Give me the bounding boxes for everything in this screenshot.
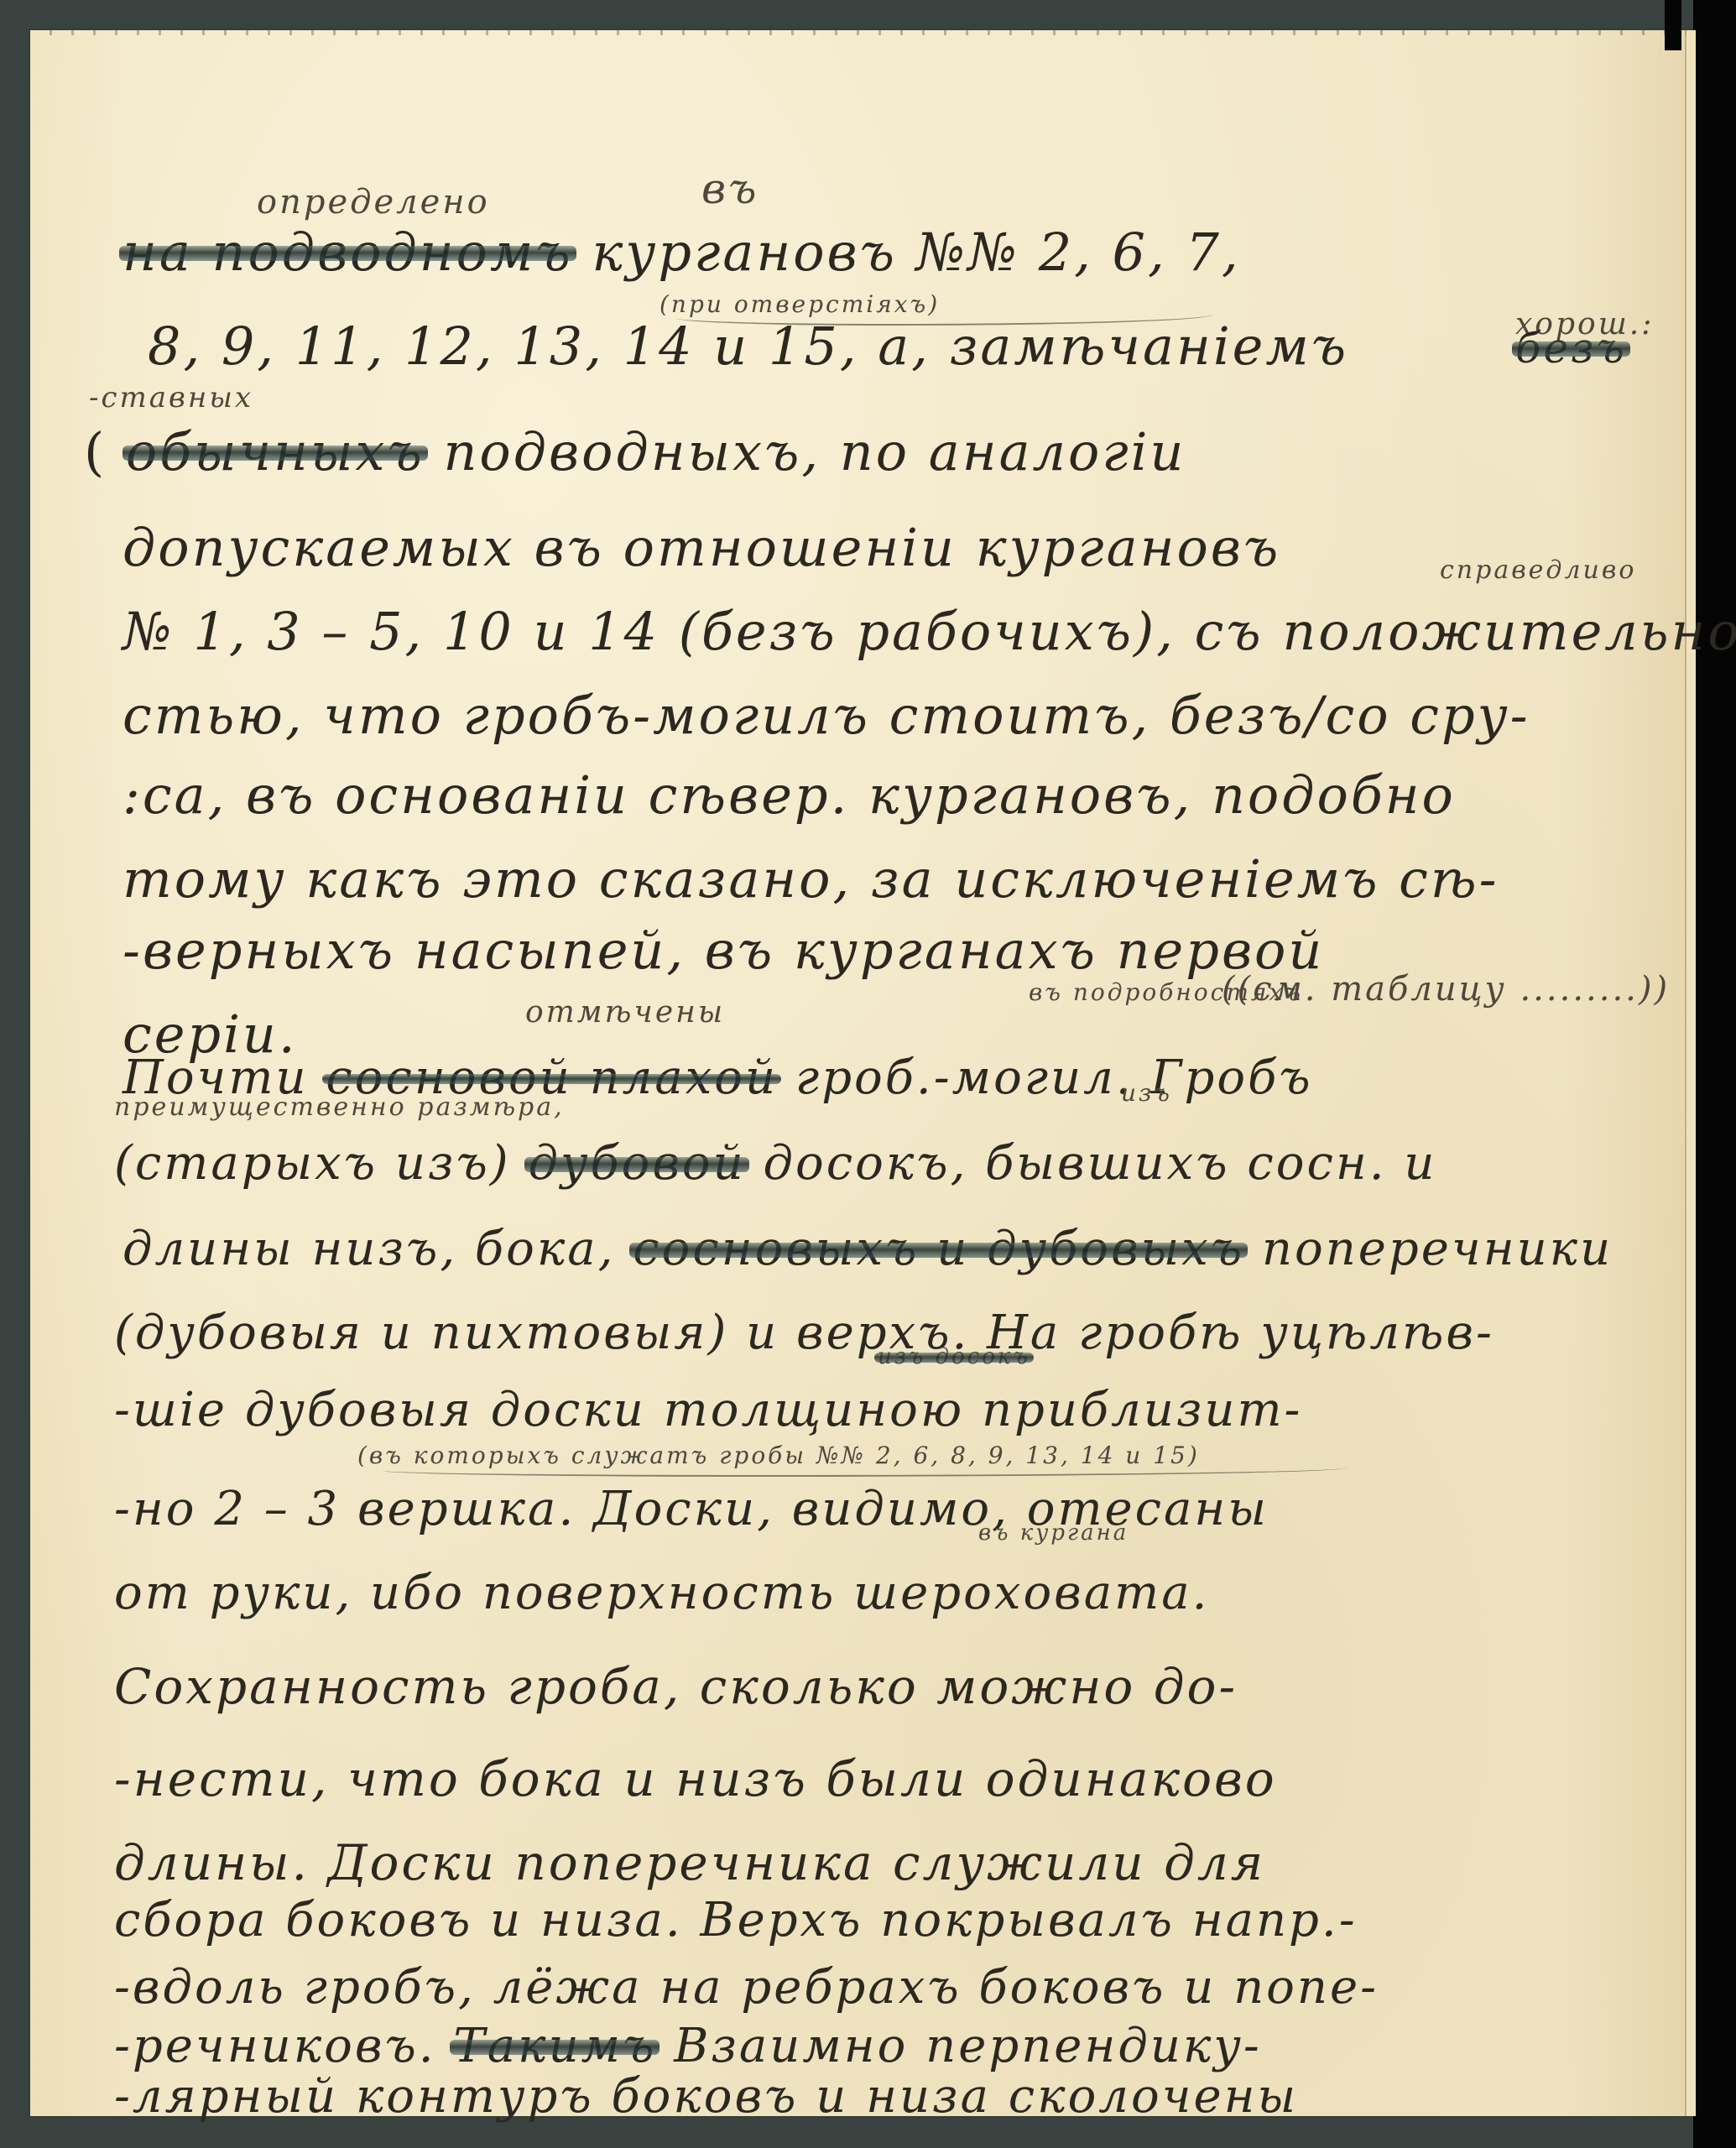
line-text: -верныхъ насыпей, въ курганахъ первой xyxy=(123,920,1324,981)
line-text: Взаимно перпендику- xyxy=(674,2019,1262,2073)
manuscript-line: на подводномъ кургановъ №№ 2, 6, 7, xyxy=(123,222,1241,283)
line-text: № 1, 3 – 5, 10 и 14 (безъ рабочихъ), съ … xyxy=(123,601,1736,662)
manuscript-line: -верныхъ насыпей, въ курганахъ первой xyxy=(123,920,1324,981)
manuscript-line: тому какъ это сказано, за исключеніемъ с… xyxy=(123,848,1499,910)
manuscript-line: допускаемых въ отношеніи кургановъ xyxy=(123,517,1280,578)
struck-text: дубовой xyxy=(528,1136,745,1191)
paper-fold-flap xyxy=(1686,30,1696,2116)
manuscript-line: -вдоль гробъ, лёжа на ребрахъ боковъ и п… xyxy=(114,1960,1379,2015)
struck-text: изъ досокъ xyxy=(878,1344,1030,1369)
line-text: (дубовыя и пихтовыя) и верхъ. На гробѣ у… xyxy=(114,1306,1494,1360)
insertion-above: преимущественно размѣра, xyxy=(114,1092,565,1122)
insertion-above: въ кургана xyxy=(978,1520,1129,1546)
line-text: поперечники xyxy=(1262,1222,1613,1276)
struck-text: на подводномъ xyxy=(123,222,573,283)
note-underline xyxy=(383,1462,1348,1477)
line-text: 8, 9, 11, 12, 13, 14 и 15, а, замѣчаніем… xyxy=(148,315,1348,377)
struck-text: Такимъ xyxy=(453,2019,656,2073)
insertion-above: определено xyxy=(257,183,490,222)
manuscript-line: (дубовыя и пихтовыя) и верхъ. На гробѣ у… xyxy=(114,1306,1494,1360)
line-text: допускаемых въ отношеніи кургановъ xyxy=(123,517,1280,578)
line-text: -лярный контуръ боковъ и низа сколочены xyxy=(114,2069,1298,2124)
manuscript-line: сбора боковъ и низа. Верхъ покрывалъ нап… xyxy=(114,1893,1358,1947)
line-start: длины низъ, бока, xyxy=(123,1222,615,1276)
line-text: тому какъ это сказано, за исключеніемъ с… xyxy=(123,848,1499,910)
manuscript-line: от руки, ибо поверхность шероховата. xyxy=(114,1566,1209,1620)
struck-text: обычныхъ xyxy=(126,421,425,482)
margin-struck: безъ xyxy=(1515,324,1627,373)
line-text: :са, въ основаніи сѣвер. кургановъ, подо… xyxy=(123,764,1456,826)
manuscript-line: № 1, 3 – 5, 10 и 14 (безъ рабочихъ), съ … xyxy=(123,601,1736,662)
line-text: подводныхъ, по аналогіи xyxy=(444,421,1186,482)
line-start: (старыхъ изъ) xyxy=(114,1136,511,1191)
manuscript-line: -речниковъ. Такимъ Взаимно перпендику- xyxy=(114,2019,1262,2073)
line-text: Сохранность гроба, сколько можно до- xyxy=(114,1658,1238,1715)
manuscript-page: определено въ на подводномъ кургановъ №№… xyxy=(30,30,1696,2116)
struck-text: безъ xyxy=(1515,324,1627,373)
scanner-clip xyxy=(1665,0,1681,50)
struck-text: сосновыхъ и дубовыхъ xyxy=(633,1222,1244,1276)
manuscript-line: ( обычныхъ подводныхъ, по аналогіи xyxy=(84,421,1186,482)
manuscript-line: -шіе дубовыя доски толщиною приблизит- xyxy=(114,1383,1302,1437)
manuscript-line: 8, 9, 11, 12, 13, 14 и 15, а, замѣчаніем… xyxy=(148,315,1348,377)
line-text: -шіе дубовыя доски толщиною приблизит- xyxy=(114,1383,1302,1437)
insertion-above: изъ досокъ xyxy=(878,1344,1030,1369)
line-text: сбора боковъ и низа. Верхъ покрывалъ нап… xyxy=(114,1893,1358,1947)
line-text: гроб.-могил. Гробъ xyxy=(795,1051,1313,1105)
manuscript-line: :са, въ основаніи сѣвер. кургановъ, подо… xyxy=(123,764,1456,826)
insertion-above: изъ xyxy=(1121,1079,1172,1107)
line-text: -вдоль гробъ, лёжа на ребрахъ боковъ и п… xyxy=(114,1960,1379,2015)
insertion-above: въ xyxy=(701,164,759,213)
insertion-above: въ подробностяхъ xyxy=(1029,978,1303,1006)
manuscript-line: Сохранность гроба, сколько можно до- xyxy=(114,1658,1238,1715)
insertion-above: справедливо xyxy=(1440,555,1636,585)
line-text: от руки, ибо поверхность шероховата. xyxy=(114,1566,1209,1620)
manuscript-line: -нести, что бока и низъ были одинаково xyxy=(114,1750,1277,1807)
scanner-edge-strip xyxy=(1693,0,1736,2148)
manuscript-line: длины низъ, бока, сосновыхъ и дубовыхъ п… xyxy=(123,1222,1613,1276)
line-text: кургановъ №№ 2, 6, 7, xyxy=(592,222,1240,283)
manuscript-line: (старыхъ изъ) дубовой досокъ, бывшихъ со… xyxy=(114,1136,1436,1191)
line-text: длины. Доски поперечника служили для xyxy=(114,1834,1265,1891)
paper-top-edge xyxy=(30,27,1696,35)
manuscript-line: стью, что гробъ-могилъ стоитъ, безъ/со с… xyxy=(123,685,1530,746)
line-text: -нести, что бока и низъ были одинаково xyxy=(114,1750,1277,1807)
line-text: досокъ, бывшихъ сосн. и xyxy=(764,1136,1437,1191)
bracket: ( xyxy=(84,421,107,482)
line-text: стью, что гробъ-могилъ стоитъ, безъ/со с… xyxy=(123,685,1530,746)
insertion-above: отмѣчены xyxy=(525,995,725,1030)
line-start: -речниковъ. xyxy=(114,2019,436,2073)
insertion-above: -ставных xyxy=(89,381,253,414)
manuscript-line: -лярный контуръ боковъ и низа сколочены xyxy=(114,2069,1298,2124)
manuscript-line: длины. Доски поперечника служили для xyxy=(114,1834,1265,1891)
